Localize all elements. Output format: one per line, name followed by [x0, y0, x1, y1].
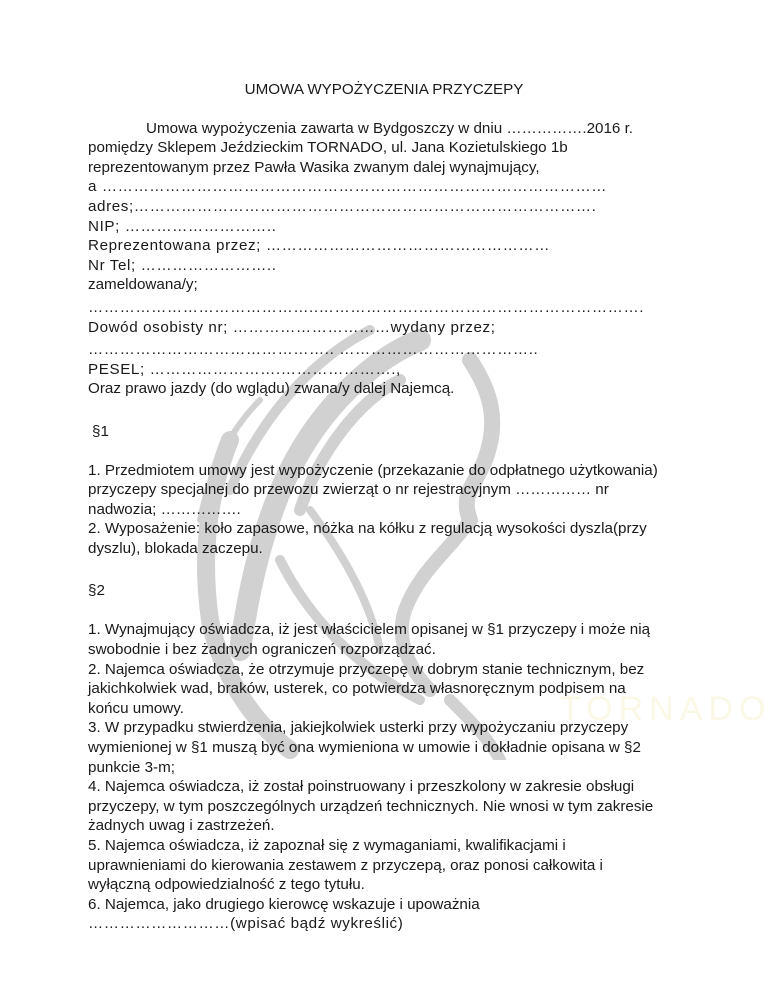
- phone-field: Nr Tel; ……………………..: [88, 256, 688, 276]
- section-line: 3. W przypadku stwierdzenia, jakiejkolwi…: [88, 718, 688, 738]
- section-line: jakichkolwiek wad, braków, usterek, co p…: [88, 679, 688, 699]
- section-line: 2. Najemca oświadcza, że otrzymuje przyc…: [88, 660, 688, 680]
- parties-block: Umowa wypożyczenia zawarta w Bydgoszczy …: [88, 119, 688, 399]
- nip-field: NIP; ………………………..: [88, 217, 688, 237]
- section-line: 4. Najemca oświadcza, iż został poinstru…: [88, 777, 688, 797]
- section-1: §1 1. Przedmiotem umowy jest wypożyczeni…: [88, 422, 688, 559]
- document-page: TORNADO UMOWA WYPOŻYCZENIA PRZYCZEPY Umo…: [0, 0, 768, 994]
- section-line: żadnych uwag i zastrzeżeń.: [88, 816, 688, 836]
- intro-line: reprezentowanym przez Pawła Wasika zwany…: [88, 158, 688, 178]
- section-line: przyczepy specjalnej do przewozu zwierzą…: [88, 480, 688, 500]
- section-line: nadwozia; …………….: [88, 500, 688, 520]
- section-2: §2 1. Wynajmujący oświadcza, iż jest wła…: [88, 581, 688, 934]
- section-line: wyłączną odpowiedzialność z tego tytułu.: [88, 875, 688, 895]
- section-line: dyszlu), blokada zaczepu.: [88, 539, 688, 559]
- section-heading: §2: [88, 581, 688, 601]
- section-line: swobodnie i bez żadnych ograniczeń rozpo…: [88, 640, 688, 660]
- address-field: adres;…………………………………………………………………………….: [88, 197, 688, 217]
- intro-line: pomiędzy Sklepem Jeździeckim TORNADO, ul…: [88, 138, 688, 158]
- id-card-field: Dowód osobisty nr; …………………………wydany prze…: [88, 318, 688, 338]
- section-heading: §1: [88, 422, 688, 442]
- section-line: 1. Wynajmujący oświadcza, iż jest właści…: [88, 620, 688, 640]
- section-line: końcu umowy.: [88, 699, 688, 719]
- pesel-field: PESEL; …………………….………………….,: [88, 360, 688, 380]
- document-title: UMOWA WYPOŻYCZENIA PRZYCZEPY: [88, 80, 680, 100]
- section-line: uprawnieniami do kierowania zestawem z p…: [88, 856, 688, 876]
- represented-by-field: Reprezentowana przez; ………………………………………………: [88, 236, 688, 256]
- registered-address-label: zameldowana/y;: [88, 275, 688, 295]
- second-driver-field: ………………………(wpisać bądź wykreślić): [88, 914, 688, 934]
- renter-name-field: a ……………………………………………………………………………………: [88, 177, 688, 197]
- section-line: 5. Najemca oświadcza, iż zapoznał się z …: [88, 836, 688, 856]
- section-line: przyczepy, w tym poszczególnych urządzeń…: [88, 797, 688, 817]
- document-body: UMOWA WYPOŻYCZENIA PRZYCZEPY Umowa wypoż…: [88, 80, 688, 934]
- section-line: punkcie 3-m;: [88, 758, 688, 778]
- id-issuer-field: ……………………………………….. ………………………………..: [88, 340, 688, 360]
- intro-line: Umowa wypożyczenia zawarta w Bydgoszczy …: [88, 119, 688, 139]
- section-line: 2. Wyposażenie: koło zapasowe, nóżka na …: [88, 519, 688, 539]
- registered-address-field: ……………………………………..……………….…………………………………….: [88, 298, 688, 318]
- section-line: wymienionej w §1 muszą być ona wymienion…: [88, 738, 688, 758]
- section-line: 6. Najemca, jako drugiego kierowcę wskaz…: [88, 895, 688, 915]
- section-line: 1. Przedmiotem umowy jest wypożyczenie (…: [88, 461, 688, 481]
- intro-line: Oraz prawo jazdy (do wglądu) zwana/y dal…: [88, 379, 688, 399]
